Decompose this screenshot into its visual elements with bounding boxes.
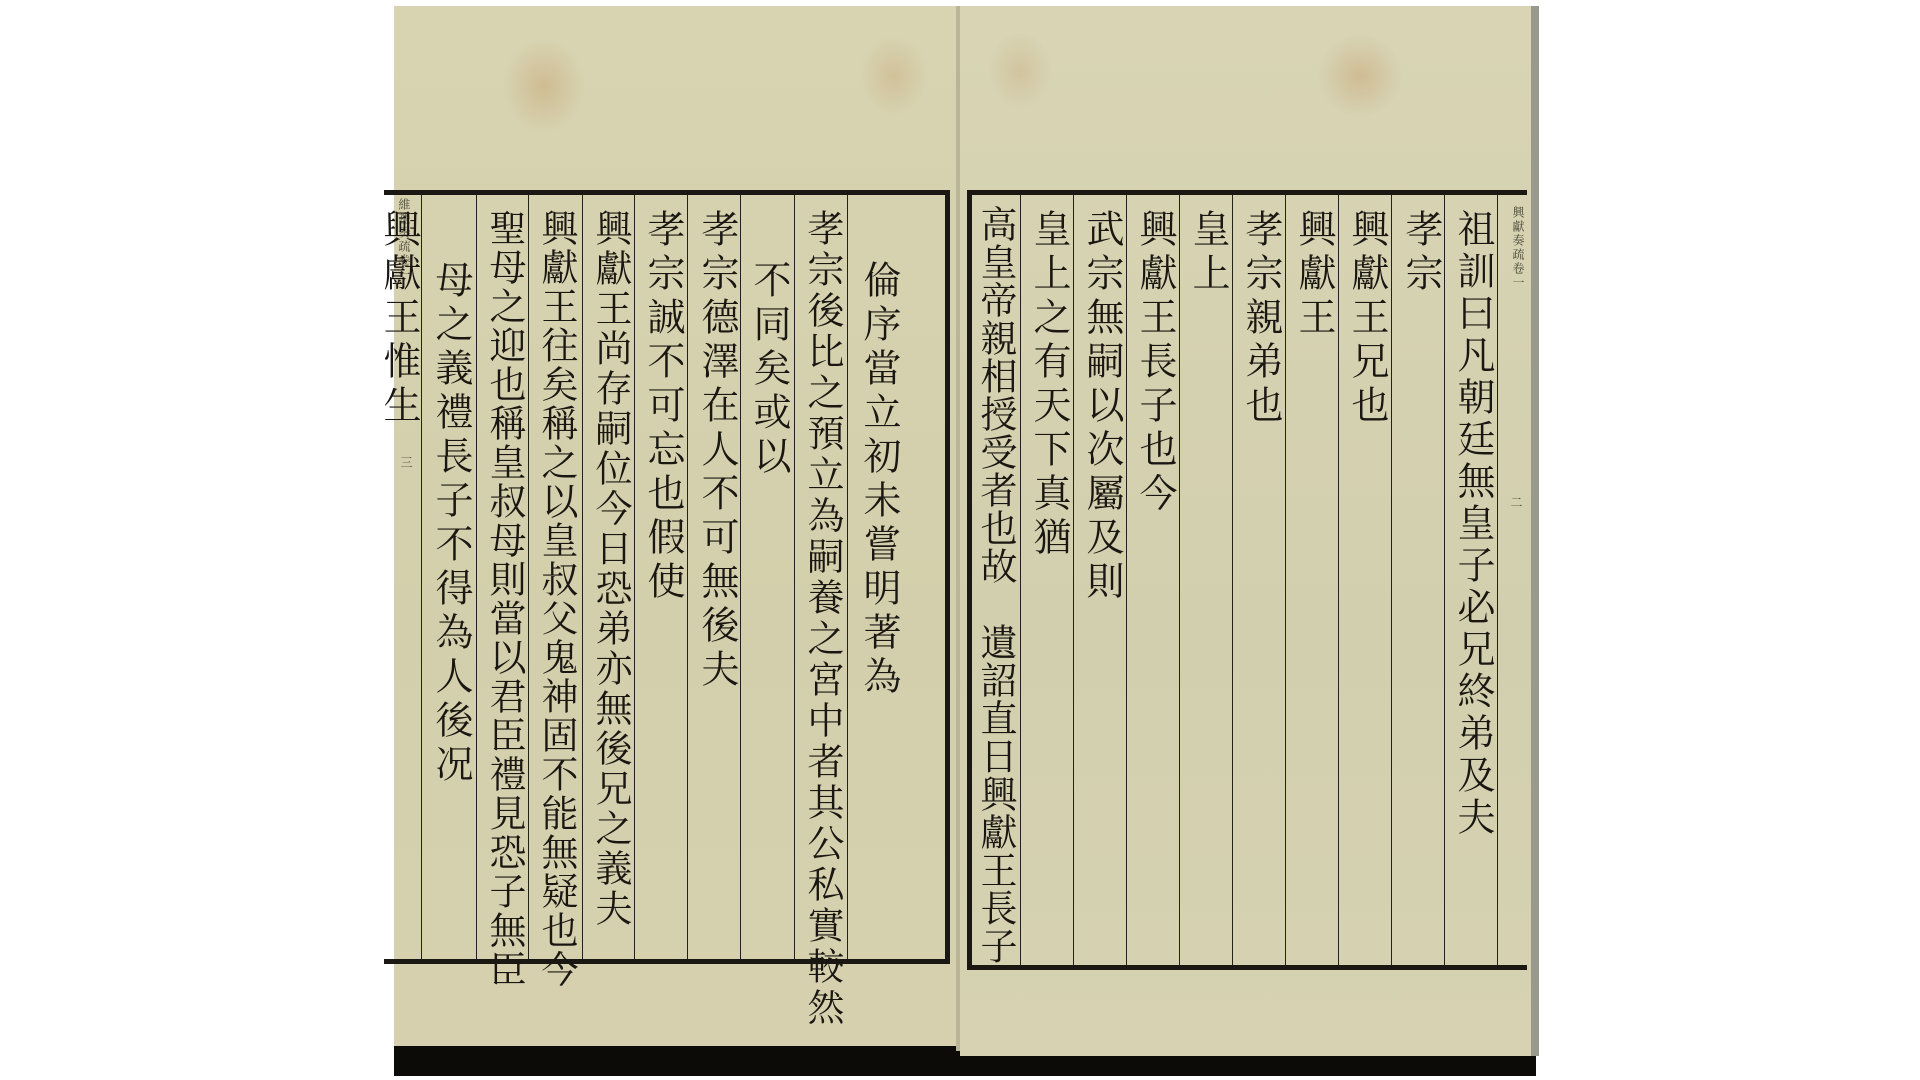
text-column: 倫序當立初未嘗明著為 [860,260,898,700]
right-margin-page-number: 二 [1508,496,1525,510]
column-rule [687,195,688,959]
column-rule [1020,195,1021,965]
text-column: 興獻王尚存嗣位今日恐弟亦無後兄之義夫 [592,209,629,929]
text-column: 皇上之有天下真猶 [1030,209,1068,561]
text-column: 母之義禮長子不得為人後况 [432,260,470,788]
right-text-frame: 祖訓曰凡朝廷無皇子必兄終弟及夫 孝宗 興獻王兄也 興獻王 孝宗親弟也 皇上 興獻… [967,190,1527,970]
page-edge [1531,6,1539,1056]
text-column: 皇上 [1189,209,1227,297]
column-rule [421,195,422,959]
text-column: 不同矣或以 [750,260,788,480]
text-column: 孝宗誠不可忘也假使 [644,209,682,605]
column-rule [1391,195,1392,965]
right-page: 祖訓曰凡朝廷無皇子必兄終弟及夫 孝宗 興獻王兄也 興獻王 孝宗親弟也 皇上 興獻… [960,6,1533,1056]
left-text-frame: 倫序當立初未嘗明著為 孝宗後比之預立為嗣養之宮中者其公私實較然 不同矣或以 孝宗… [384,190,950,964]
column-rule [1179,195,1180,965]
column-rule [1444,195,1445,965]
text-column: 孝宗後比之預立為嗣養之宮中者其公私實較然 [804,209,841,1029]
text-column: 孝宗德澤在人不可無後夫 [698,209,736,693]
text-column: 祖訓曰凡朝廷無皇子必兄終弟及夫 [1454,209,1492,839]
column-rule [476,195,477,959]
text-column: 興獻王兄也 [1348,209,1386,429]
left-page: 維禮奏疏卷一 三 倫序當立初未嘗明著為 孝宗後比之預立為嗣養之宮中者其公私實較然… [394,6,957,1046]
text-column: 孝宗親弟也 [1242,209,1280,429]
text-column: 興獻王往矣稱之以皇叔父鬼神固不能無疑也今 [538,209,575,989]
column-rule [634,195,635,959]
text-column: 孝宗 [1402,209,1440,297]
text-column: 聖母之迎也稱皇叔母則當以君臣禮見恐子無臣 [486,209,523,989]
column-rule [1073,195,1074,965]
column-rule [1285,195,1286,965]
column-rule [1126,195,1127,965]
text-column: 武宗無嗣以次屬及則 [1083,209,1121,605]
column-rule [1338,195,1339,965]
column-rule [1497,195,1498,965]
column-rule [528,195,529,959]
text-column: 興獻王長子也今 [1136,209,1174,517]
column-rule [582,195,583,959]
column-rule [847,195,848,959]
book-spread: 維禮奏疏卷一 三 倫序當立初未嘗明著為 孝宗後比之預立為嗣養之宮中者其公私實較然… [394,6,1536,1076]
right-margin-label: 興獻奏疏卷一 [1510,206,1527,290]
text-column: 興獻王 [1295,209,1333,341]
text-column: 興獻王惟生 [380,209,418,429]
text-column: 高皇帝親相授受者也故 遺詔直日興獻王長子 [977,205,1014,965]
column-rule [1232,195,1233,965]
column-rule [740,195,741,959]
column-rule [794,195,795,959]
